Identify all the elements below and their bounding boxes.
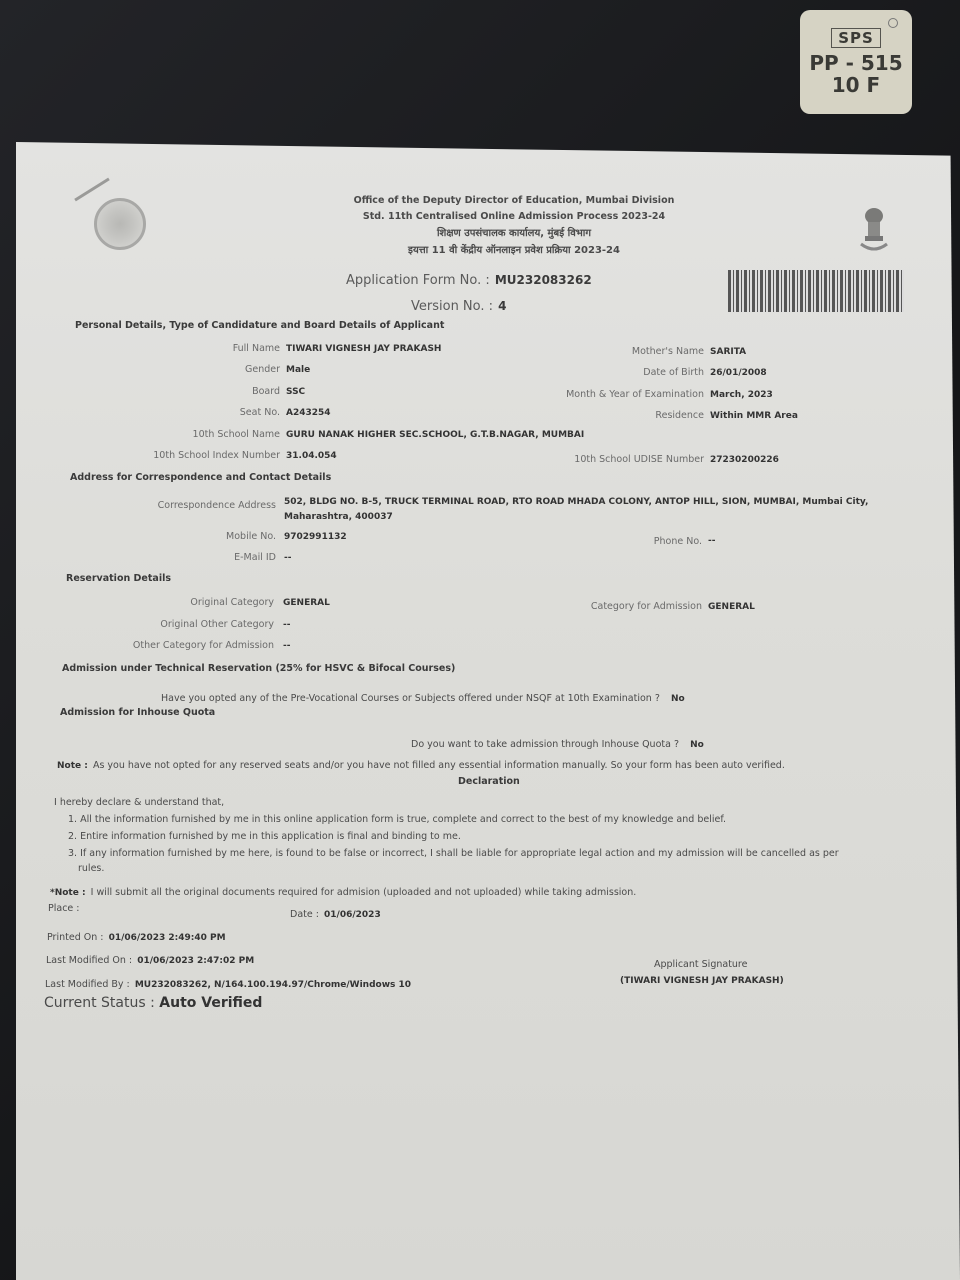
last-modified-on: Last Modified On : 01/06/2023 2:47:02 PM	[46, 948, 254, 967]
category-admission-value: GENERAL	[708, 602, 755, 612]
date-of-birth-value: 26/01/2008	[710, 368, 767, 378]
place-label: Place :	[48, 903, 79, 914]
original-other-category-label: Original Other Category	[160, 619, 274, 630]
address-line1: 502, BLDG NO. B-5, TRUCK TERMINAL ROAD, …	[284, 497, 868, 507]
size-sticker: SPS PP - 515 10 F	[800, 10, 912, 114]
mobile-label: Mobile No.	[226, 531, 276, 542]
school-name-label: 10th School Name	[193, 429, 280, 440]
header-office-marathi: शिक्षण उपसंचालक कार्यालय, मुंबई विभाग	[314, 225, 714, 239]
exam-month-year-label: Month & Year of Examination	[566, 389, 704, 400]
sticker-brand: SPS	[831, 28, 881, 48]
original-category-value: GENERAL	[283, 598, 330, 608]
phone-value: --	[708, 536, 715, 546]
mother-name-value: SARITA	[710, 347, 746, 357]
board-value: SSC	[286, 387, 305, 397]
other-category-admission-value: --	[283, 641, 290, 651]
board-label: Board	[252, 386, 280, 397]
section-personal-details: Personal Details, Type of Candidature an…	[75, 320, 444, 331]
declaration-note: *Note : I will submit all the original d…	[50, 880, 636, 899]
pen-mark	[74, 178, 110, 202]
declaration-item-3: 3. If any information furnished by me he…	[68, 848, 839, 859]
seat-number-value: A243254	[286, 408, 331, 418]
current-status: Current Status : Auto Verified	[44, 995, 262, 1011]
version-number: Version No. : 4	[411, 295, 506, 314]
auto-verified-note: Note : As you have not opted for any res…	[57, 753, 785, 772]
seat-number-label: Seat No.	[240, 407, 280, 418]
declaration-date: Date : 01/06/2023	[290, 902, 381, 921]
school-index-label: 10th School Index Number	[153, 450, 280, 461]
udise-number-value: 27230200226	[710, 455, 779, 465]
declaration-intro: I hereby declare & understand that,	[54, 797, 224, 808]
gender-value: Male	[286, 365, 310, 375]
sticker-code: PP - 515	[800, 52, 912, 74]
mobile-value: 9702991132	[284, 532, 347, 542]
school-name-value: GURU NANAK HIGHER SEC.SCHOOL, G.T.B.NAGA…	[286, 430, 584, 440]
full-name-label: Full Name	[233, 343, 280, 354]
category-admission-label: Category for Admission	[591, 601, 702, 612]
printed-on: Printed On : 01/06/2023 2:49:40 PM	[47, 925, 226, 944]
declaration-item-1: 1. All the information furnished by me i…	[68, 814, 726, 825]
section-contact-details: Address for Correspondence and Contact D…	[70, 472, 331, 483]
header-process: Std. 11th Centralised Online Admission P…	[314, 211, 714, 222]
phone-label: Phone No.	[654, 536, 702, 547]
application-form-document: Office of the Deputy Director of Educati…	[16, 142, 960, 1280]
udise-number-label: 10th School UDISE Number	[574, 454, 704, 465]
original-category-label: Original Category	[190, 597, 274, 608]
email-label: E-Mail ID	[234, 552, 276, 563]
sticker-size: 10 F	[800, 74, 912, 96]
declaration-item-3-cont: rules.	[78, 863, 104, 874]
application-form-number: Application Form No. : MU232083262	[346, 269, 592, 288]
gender-label: Gender	[245, 364, 280, 375]
header-process-marathi: इयत्ता 11 वी केंद्रीय ऑनलाइन प्रवेश प्रक…	[314, 242, 714, 256]
email-value: --	[284, 553, 291, 563]
applicant-signature-name: (TIWARI VIGNESH JAY PRAKASH)	[620, 976, 784, 986]
header-office: Office of the Deputy Director of Educati…	[314, 195, 714, 206]
mother-name-label: Mother's Name	[632, 346, 704, 357]
technical-question-row: Have you opted any of the Pre-Vocational…	[161, 686, 685, 705]
residence-label: Residence	[655, 410, 704, 421]
barcode	[728, 270, 904, 312]
section-reservation-details: Reservation Details	[66, 573, 171, 584]
section-inhouse-quota: Admission for Inhouse Quota	[60, 707, 215, 718]
exam-month-year-value: March, 2023	[710, 390, 773, 400]
date-of-birth-label: Date of Birth	[643, 367, 704, 378]
address-label: Correspondence Address	[158, 500, 276, 511]
other-category-admission-label: Other Category for Admission	[133, 640, 274, 651]
section-technical-reservation: Admission under Technical Reservation (2…	[62, 663, 455, 674]
section-declaration: Declaration	[458, 776, 520, 787]
declaration-item-2: 2. Entire information furnished by me in…	[68, 831, 461, 842]
original-other-category-value: --	[283, 620, 290, 630]
school-index-value: 31.04.054	[286, 451, 337, 461]
residence-value: Within MMR Area	[710, 411, 798, 421]
registered-mark-icon	[888, 18, 898, 28]
inhouse-question-row: Do you want to take admission through In…	[411, 732, 704, 751]
address-line2: Maharashtra, 400037	[284, 512, 393, 522]
applicant-signature-label: Applicant Signature	[654, 959, 747, 970]
state-emblem-icon	[858, 206, 890, 256]
education-department-seal-icon	[94, 198, 146, 250]
last-modified-by: Last Modified By : MU232083262, N/164.10…	[45, 972, 411, 991]
full-name-value: TIWARI VIGNESH JAY PRAKASH	[286, 344, 441, 354]
